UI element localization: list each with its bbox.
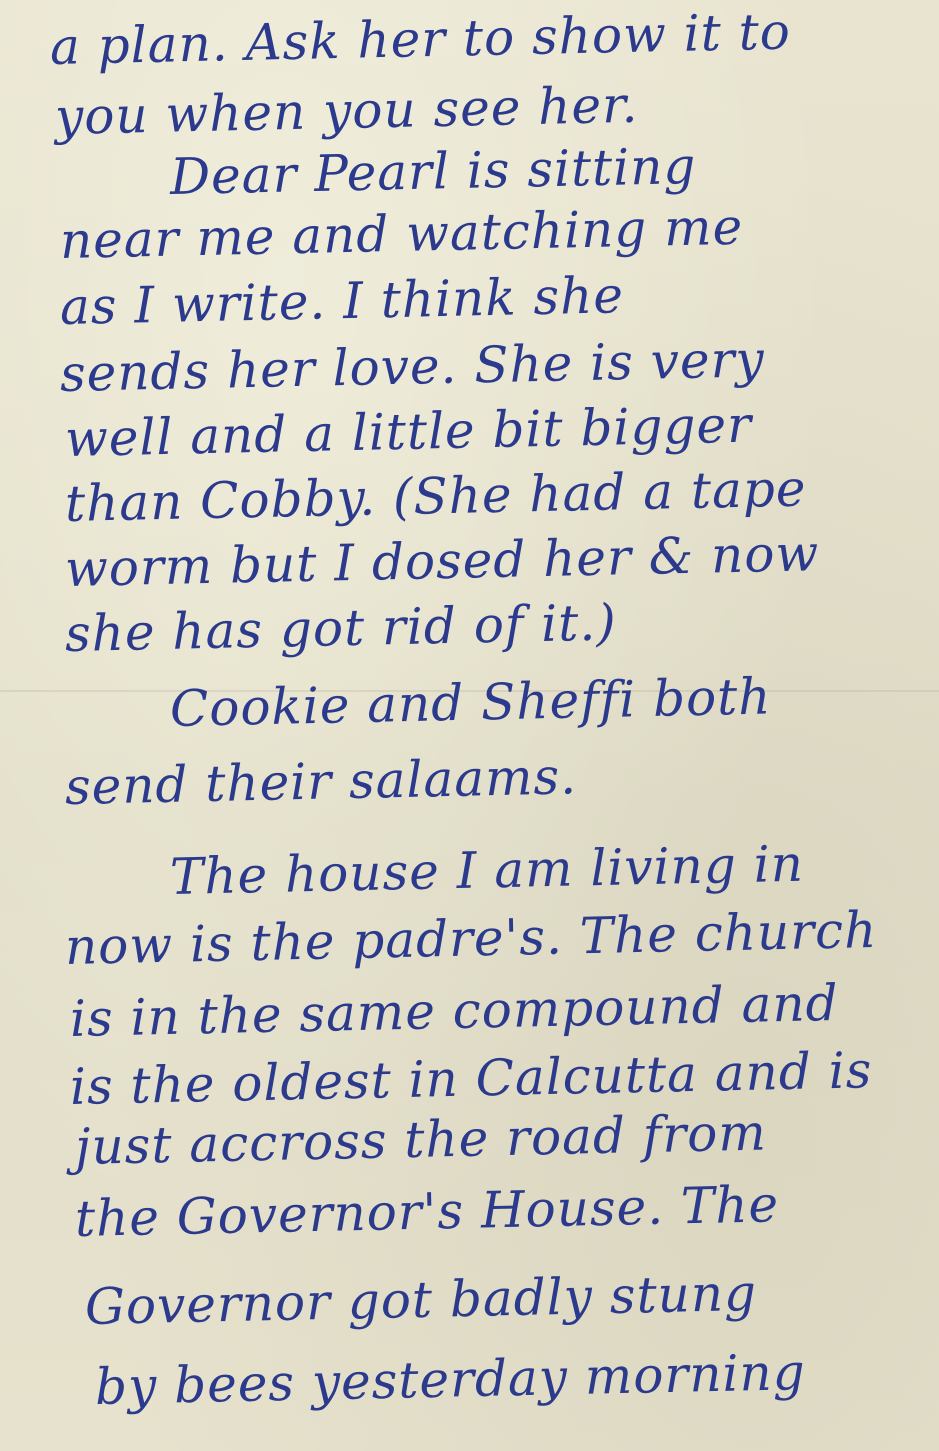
- letter-line: just accross the road from: [74, 1104, 767, 1176]
- letter-line: send their salaams.: [64, 747, 577, 816]
- letter-line: now is the padre's. The church: [64, 901, 877, 976]
- letter-line: by bees yesterday morning: [94, 1343, 806, 1416]
- letter-line: the Governor's House. The: [74, 1175, 779, 1248]
- letter-line: Cookie and Sheffi both: [169, 667, 772, 738]
- letter-line: than Cobby. (She had a tape: [64, 459, 807, 533]
- letter-line: you when you see her.: [54, 76, 638, 146]
- letter-line: worm but I dosed her & now: [64, 524, 819, 598]
- letter-line: The house I am living in: [169, 835, 804, 906]
- letter-line: as I write. I think she: [59, 266, 624, 336]
- letter-line: is in the same compound and: [69, 974, 839, 1048]
- letter-line: a plan. Ask her to show it to: [49, 2, 791, 76]
- letter-page: a plan. Ask her to show it to you when y…: [0, 0, 939, 1451]
- letter-line: near me and watching me: [59, 198, 743, 270]
- letter-line: Governor got badly stung: [84, 1264, 757, 1336]
- letter-line: sends her love. She is very: [59, 330, 765, 403]
- letter-line: well and a little bit bigger: [64, 396, 752, 468]
- letter-line: Dear Pearl is sitting: [169, 137, 697, 206]
- letter-line: she has got rid of it.): [64, 593, 617, 663]
